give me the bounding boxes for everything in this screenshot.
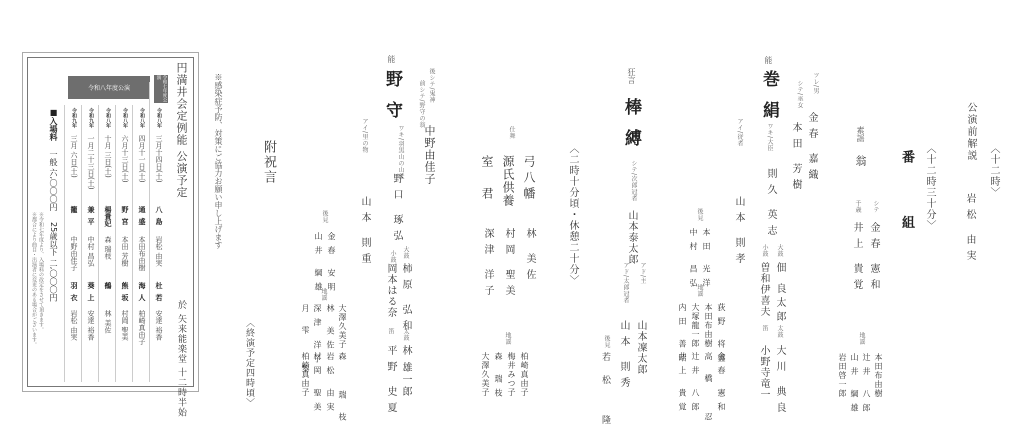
hayashi-role: 太鼓 — [776, 325, 782, 338]
performer: 中野由佳子 — [70, 236, 77, 271]
infection-notice: ※感染症予防、対策にご協力お願い申し上げます — [214, 73, 222, 249]
schedule-row: 令和九年 一月二十三日(土) — [87, 108, 94, 190]
performer: 森 瑞枝 — [104, 236, 111, 259]
schedule-venue: 於 矢来能楽堂 十二時半始 — [176, 300, 185, 418]
play-title: 通盛 — [138, 206, 146, 230]
jiutai-name: 辻井 八郎 — [862, 353, 870, 418]
performer-name: 金春 嘉織 — [806, 112, 816, 185]
hayashi-role: 小鼓 — [761, 244, 767, 257]
performer: 林 美佐 — [104, 310, 111, 333]
hayashi-name: 小野寺竜一 — [758, 345, 768, 400]
hayashi-role: 笛 — [761, 325, 767, 332]
kyogen-title: 棒縛 — [622, 98, 639, 160]
performer-name: 山本 則孝 — [733, 196, 743, 269]
role-label: 前シテ/野守の翁 — [418, 80, 424, 128]
role-label: ツレ/男 — [812, 72, 818, 94]
play-title: 熊坂 — [121, 282, 129, 306]
hayashi-role: 大鼓 — [776, 244, 782, 257]
jiutai-name: 山井 綱雄 — [850, 353, 858, 418]
play-title: 野宮 — [121, 206, 129, 230]
noh2-genre: 能 — [387, 55, 395, 63]
badge-r7: 令和七年度公演 — [154, 75, 168, 103]
jiutai-name: 本田布由樹 — [704, 303, 712, 348]
jiutai-name: 柏崎真由子 — [301, 352, 309, 397]
play-title: 海人 — [138, 282, 146, 306]
hayashi-name: 岡本はる奈 — [385, 263, 395, 318]
shimai-title: 室君 — [481, 155, 493, 219]
performer-name: 金春 憲和 — [868, 222, 878, 295]
role-label: 後シテ/鬼神 — [428, 68, 434, 103]
hayashi-name: 林 雄一郎 — [400, 345, 410, 398]
hayashi-name: 大川 典良 — [774, 345, 784, 418]
hayashi-name: 佃 良太郎 — [774, 262, 784, 325]
play-title: 杜若 — [155, 282, 163, 306]
schedule-row: 令和九年 三月 六日(土) — [70, 108, 77, 178]
bangumi-title: 番 組 — [900, 150, 913, 253]
performer: 岩松 由実 — [70, 310, 77, 340]
kyogen-genre: 狂言 — [627, 68, 635, 84]
jiutai-name: 森 瑞枝 — [494, 352, 502, 403]
koken-label: 後見 — [603, 335, 609, 348]
jiutai-name: 大澤久美子 — [338, 304, 346, 349]
jiutai-name: 辻井 八郎 — [691, 352, 699, 417]
fee-label: ■入場料 — [49, 108, 57, 141]
jiutai-name: 大塚龍一郎 — [691, 303, 699, 348]
badge-r8: 令和八年度公演 — [68, 76, 150, 99]
role-label: 千歳 — [854, 200, 860, 213]
hayashi-role: 太鼓 — [402, 328, 408, 341]
shimai-performer: 林 美佐 — [524, 228, 534, 285]
fushukugen-title: 附祝言 — [262, 140, 275, 185]
divider — [64, 105, 65, 382]
intermission-time: 〈二時十分頃・休憩二十分〉 — [567, 143, 577, 286]
jiutai-name: 高橋 忍 — [704, 352, 712, 430]
play-title: 八島 — [155, 206, 163, 230]
koken-name: 本田 光洋 — [702, 228, 710, 293]
play-title: 鵺 — [104, 282, 112, 289]
schedule-row: 令和八年 四月十一日(土) — [138, 108, 145, 183]
performer-name: 山本凜太郎 — [635, 320, 645, 375]
role-label: シテ — [872, 200, 878, 213]
play-title: 籠 — [70, 206, 78, 213]
performer: 本田布由樹 — [138, 236, 145, 271]
divider — [98, 105, 99, 382]
play-title: 葵上 — [87, 282, 95, 306]
koken-name: 山井 綱雄 — [314, 232, 322, 297]
performer: 中村 昌弘 — [87, 236, 94, 266]
role-label: シテ/次郎冠者 — [630, 160, 636, 202]
pre-talk-speaker: 岩松 由実 — [964, 193, 974, 266]
hayashi-role: 小鼓 — [389, 250, 395, 263]
jiutai-name: 岩松 由実 — [326, 352, 334, 417]
performer-name: 野口 琢弘 — [391, 173, 401, 246]
schedule-row: 令和八年 三月十四日(土) — [155, 108, 162, 183]
role-label: シテ/巫女 — [796, 80, 802, 109]
jiutai-name: 大澤久美子 — [481, 352, 489, 397]
shimai-title: 源氏供養 — [502, 155, 514, 207]
jiutai-name: 柏崎真由子 — [520, 352, 528, 397]
divider — [132, 105, 133, 382]
jiutai-label: 地謡 — [320, 288, 326, 301]
koken-label: 後見 — [321, 210, 327, 223]
performer: 柏崎真由子 — [138, 310, 145, 345]
pre-talk-time: 〈十二時〉 — [988, 143, 998, 198]
play-title: 楊貴妃 — [104, 206, 112, 227]
role-label: アイ/里の物 — [361, 118, 367, 153]
koken-name: 中村 昌弘 — [689, 228, 697, 293]
fee-general: 一般 六,〇〇〇円 — [49, 150, 57, 211]
pre-talk-title: 公演前解説 — [965, 102, 975, 162]
shimai-title: 弓八幡 — [523, 155, 535, 203]
jiutai-name: 本田布由樹 — [874, 353, 882, 398]
performer: 岩松 由実 — [155, 236, 162, 266]
performer: 本田 芳樹 — [121, 236, 128, 266]
jiutai-name: 林 美佐 — [326, 304, 334, 355]
hayashi-name: 曽和伊喜夫 — [758, 262, 768, 317]
divider — [149, 82, 150, 382]
shimai-label: 仕舞 — [508, 126, 514, 139]
role-label: アイ/従者 — [736, 118, 742, 147]
performer-name: 山本 則秀 — [618, 320, 628, 393]
hayashi-role: 大鼓 — [402, 246, 408, 259]
fee-youth: 25歳以下 二,〇〇〇円 — [49, 222, 57, 301]
hayashi-name: 柿原 弘和 — [400, 263, 410, 336]
performer-name: 中野由佳子 — [424, 125, 435, 185]
performer-name: 井上 貴覚 — [851, 222, 861, 295]
divider — [115, 105, 116, 382]
role-label: アド/主 — [639, 262, 645, 284]
end-time: 〈終演予定四時頃〉 — [244, 318, 253, 408]
role-label: アド/太郎冠者 — [622, 262, 628, 304]
play-title: 羽衣 — [70, 282, 78, 306]
jiutai-name: 村岡 聖美 — [313, 352, 321, 417]
hayashi-name: 平野 史夏 — [385, 345, 395, 418]
shimai-performer: 村岡 聖美 — [503, 228, 513, 301]
schedule-row: 令和八年 六月十三日(土) — [121, 108, 128, 183]
noh1-genre: 能 — [764, 56, 772, 64]
jiutai-name: 井上 貴覚 — [678, 352, 686, 417]
schedule-title: 円満井会定例能 公演予定 — [176, 62, 187, 199]
divider — [81, 105, 82, 382]
schedule-row: 令和八年 十月 三日(土) — [104, 108, 111, 178]
sutai-title: 翁 — [855, 155, 866, 166]
jiutai-name: 金春 憲和 — [717, 352, 725, 417]
jiutai-name: 梅井みつ子 — [507, 352, 515, 397]
bangumi-time: 〈十二時三十分〉 — [924, 143, 934, 231]
sutai-label: 素謡 — [856, 126, 864, 142]
performer-name: 山本泰太郎 — [626, 210, 636, 265]
noh2-title: 野守 — [383, 70, 400, 132]
note-fee-change: ※令和七年度より、入場料の改定をさせて頂きます。 — [38, 212, 43, 332]
role-label: ワキ/羽黒山の山伏 — [397, 125, 403, 180]
shimai-performer: 深津 洋子 — [482, 228, 492, 301]
koken-name: 若松 隆 — [600, 352, 609, 430]
performer-name: 則久 英志 — [765, 168, 775, 241]
performer: 村岡 聖美 — [121, 310, 128, 340]
koken-name: 金春 安明 — [327, 232, 335, 297]
role-label: ワキ/大臣 — [766, 123, 772, 152]
koken-label: 後見 — [696, 208, 702, 221]
jiutai-label: 地謡 — [858, 332, 864, 345]
note-program-change: ※都合により曲目・出演者に変更のある場合がございます。 — [31, 212, 36, 347]
jiutai-name: 森 瑞枝 — [338, 352, 346, 430]
jiutai-name: 岩田啓一郎 — [838, 353, 846, 398]
jiutai-label: 地謡 — [696, 284, 702, 297]
play-title: 兼平 — [87, 206, 95, 230]
jiutai-label: 地謡 — [504, 332, 510, 345]
performer: 安達 裕香 — [155, 310, 162, 340]
hayashi-role: 笛 — [387, 328, 393, 335]
performer-name: 本田 芳樹 — [790, 122, 800, 195]
performer: 安達 裕香 — [87, 310, 94, 340]
performer-name: 山本 則重 — [359, 196, 369, 269]
